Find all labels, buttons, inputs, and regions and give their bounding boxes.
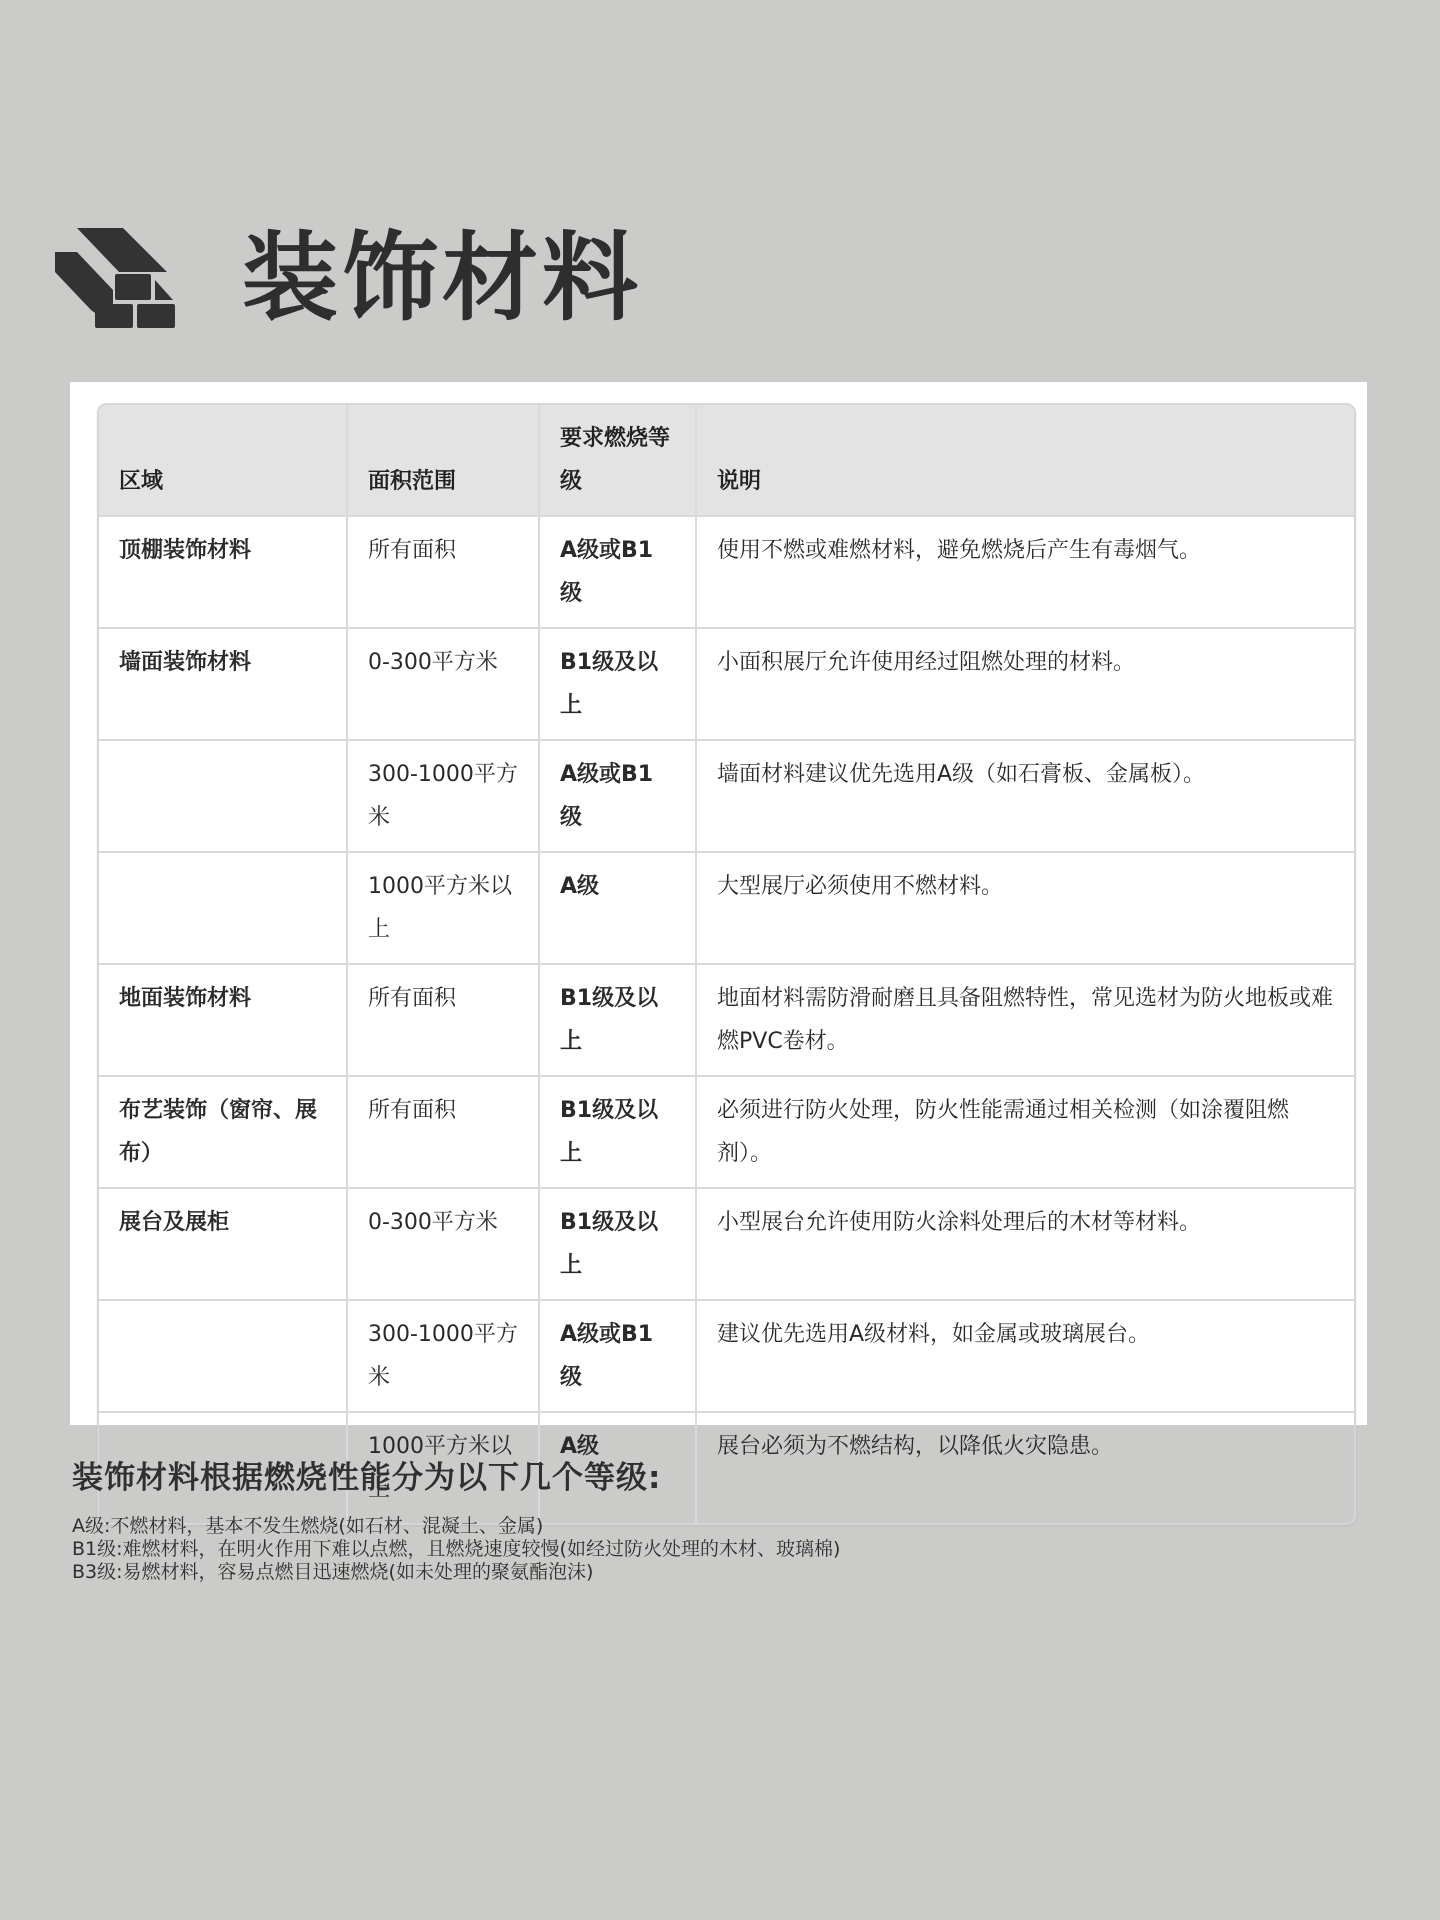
cell-grade: A级或B1级 [539, 740, 696, 852]
cell-region: 展台及展柜 [99, 1188, 347, 1300]
cell-note: 地面材料需防滑耐磨且具备阻燃特性，常见选材为防火地板或难燃PVC卷材。 [696, 964, 1354, 1076]
table-header-row: 区域 面积范围 要求燃烧等级 说明 [99, 405, 1354, 516]
cell-area: 所有面积 [347, 516, 539, 628]
cell-note: 墙面材料建议优先选用A级（如石膏板、金属板）。 [696, 740, 1354, 852]
cell-note: 必须进行防火处理，防火性能需通过相关检测（如涂覆阻燃剂）。 [696, 1076, 1354, 1188]
cell-area: 300-1000平方米 [347, 740, 539, 852]
cell-region: 布艺装饰（窗帘、展布） [99, 1076, 347, 1188]
table-row: 布艺装饰（窗帘、展布） 所有面积 B1级及以上 必须进行防火处理，防火性能需通过… [99, 1076, 1354, 1188]
cell-area: 所有面积 [347, 1076, 539, 1188]
content-panel: 区域 面积范围 要求燃烧等级 说明 顶棚装饰材料 所有面积 A级或B1级 使用不… [70, 382, 1367, 1425]
summary-title: 装饰材料根据燃烧性能分为以下几个等级: [72, 1452, 840, 1497]
fire-rating-table-container: 区域 面积范围 要求燃烧等级 说明 顶棚装饰材料 所有面积 A级或B1级 使用不… [97, 403, 1356, 1525]
cell-region: 墙面装饰材料 [99, 628, 347, 740]
table-row: 墙面装饰材料 0-300平方米 B1级及以上 小面积展厅允许使用经过阻燃处理的材… [99, 628, 1354, 740]
cell-grade: A级或B1级 [539, 516, 696, 628]
cell-region: 地面装饰材料 [99, 964, 347, 1076]
cell-area: 0-300平方米 [347, 1188, 539, 1300]
column-header-grade: 要求燃烧等级 [539, 405, 696, 516]
cell-grade: B1级及以上 [539, 628, 696, 740]
table-row: 300-1000平方米 A级或B1级 墙面材料建议优先选用A级（如石膏板、金属板… [99, 740, 1354, 852]
building-materials-icon [55, 228, 200, 328]
table-row: 地面装饰材料 所有面积 B1级及以上 地面材料需防滑耐磨且具备阻燃特性，常见选材… [99, 964, 1354, 1076]
cell-region [99, 852, 347, 964]
table-row: 1000平方米以上 A级 大型展厅必须使用不燃材料。 [99, 852, 1354, 964]
summary-line-grade-a: A级:不燃材料，基本不发生燃烧(如石材、混凝土、金属) [72, 1515, 840, 1538]
fire-rating-table: 区域 面积范围 要求燃烧等级 说明 顶棚装饰材料 所有面积 A级或B1级 使用不… [99, 405, 1354, 1523]
cell-note: 小面积展厅允许使用经过阻燃处理的材料。 [696, 628, 1354, 740]
column-header-area: 面积范围 [347, 405, 539, 516]
cell-grade: A级 [539, 852, 696, 964]
cell-grade: A级或B1级 [539, 1300, 696, 1412]
cell-area: 300-1000平方米 [347, 1300, 539, 1412]
cell-note: 建议优先选用A级材料，如金属或玻璃展台。 [696, 1300, 1354, 1412]
table-row: 300-1000平方米 A级或B1级 建议优先选用A级材料，如金属或玻璃展台。 [99, 1300, 1354, 1412]
cell-area: 所有面积 [347, 964, 539, 1076]
table-row: 顶棚装饰材料 所有面积 A级或B1级 使用不燃或难燃材料，避免燃烧后产生有毒烟气… [99, 516, 1354, 628]
cell-grade: B1级及以上 [539, 964, 696, 1076]
cell-area: 1000平方米以上 [347, 852, 539, 964]
cell-region [99, 1300, 347, 1412]
column-header-region: 区域 [99, 405, 347, 516]
cell-note: 使用不燃或难燃材料，避免燃烧后产生有毒烟气。 [696, 516, 1354, 628]
summary-line-grade-b1: B1级:难燃材料，在明火作用下难以点燃，且燃烧速度较慢(如经过防火处理的木材、玻… [72, 1538, 840, 1561]
cell-grade: B1级及以上 [539, 1076, 696, 1188]
cell-region: 顶棚装饰材料 [99, 516, 347, 628]
page-header: 装饰材料 [55, 228, 642, 328]
cell-area: 0-300平方米 [347, 628, 539, 740]
cell-note: 小型展台允许使用防火涂料处理后的木材等材料。 [696, 1188, 1354, 1300]
column-header-note: 说明 [696, 405, 1354, 516]
grade-summary: 装饰材料根据燃烧性能分为以下几个等级: A级:不燃材料，基本不发生燃烧(如石材、… [72, 1452, 840, 1584]
cell-note: 大型展厅必须使用不燃材料。 [696, 852, 1354, 964]
cell-region [99, 740, 347, 852]
summary-line-grade-b3: B3级:易燃材料，容易点燃目迅速燃烧(如未处理的聚氨酯泡沫) [72, 1561, 840, 1584]
cell-grade: B1级及以上 [539, 1188, 696, 1300]
page-title: 装饰材料 [242, 230, 642, 326]
table-row: 展台及展柜 0-300平方米 B1级及以上 小型展台允许使用防火涂料处理后的木材… [99, 1188, 1354, 1300]
